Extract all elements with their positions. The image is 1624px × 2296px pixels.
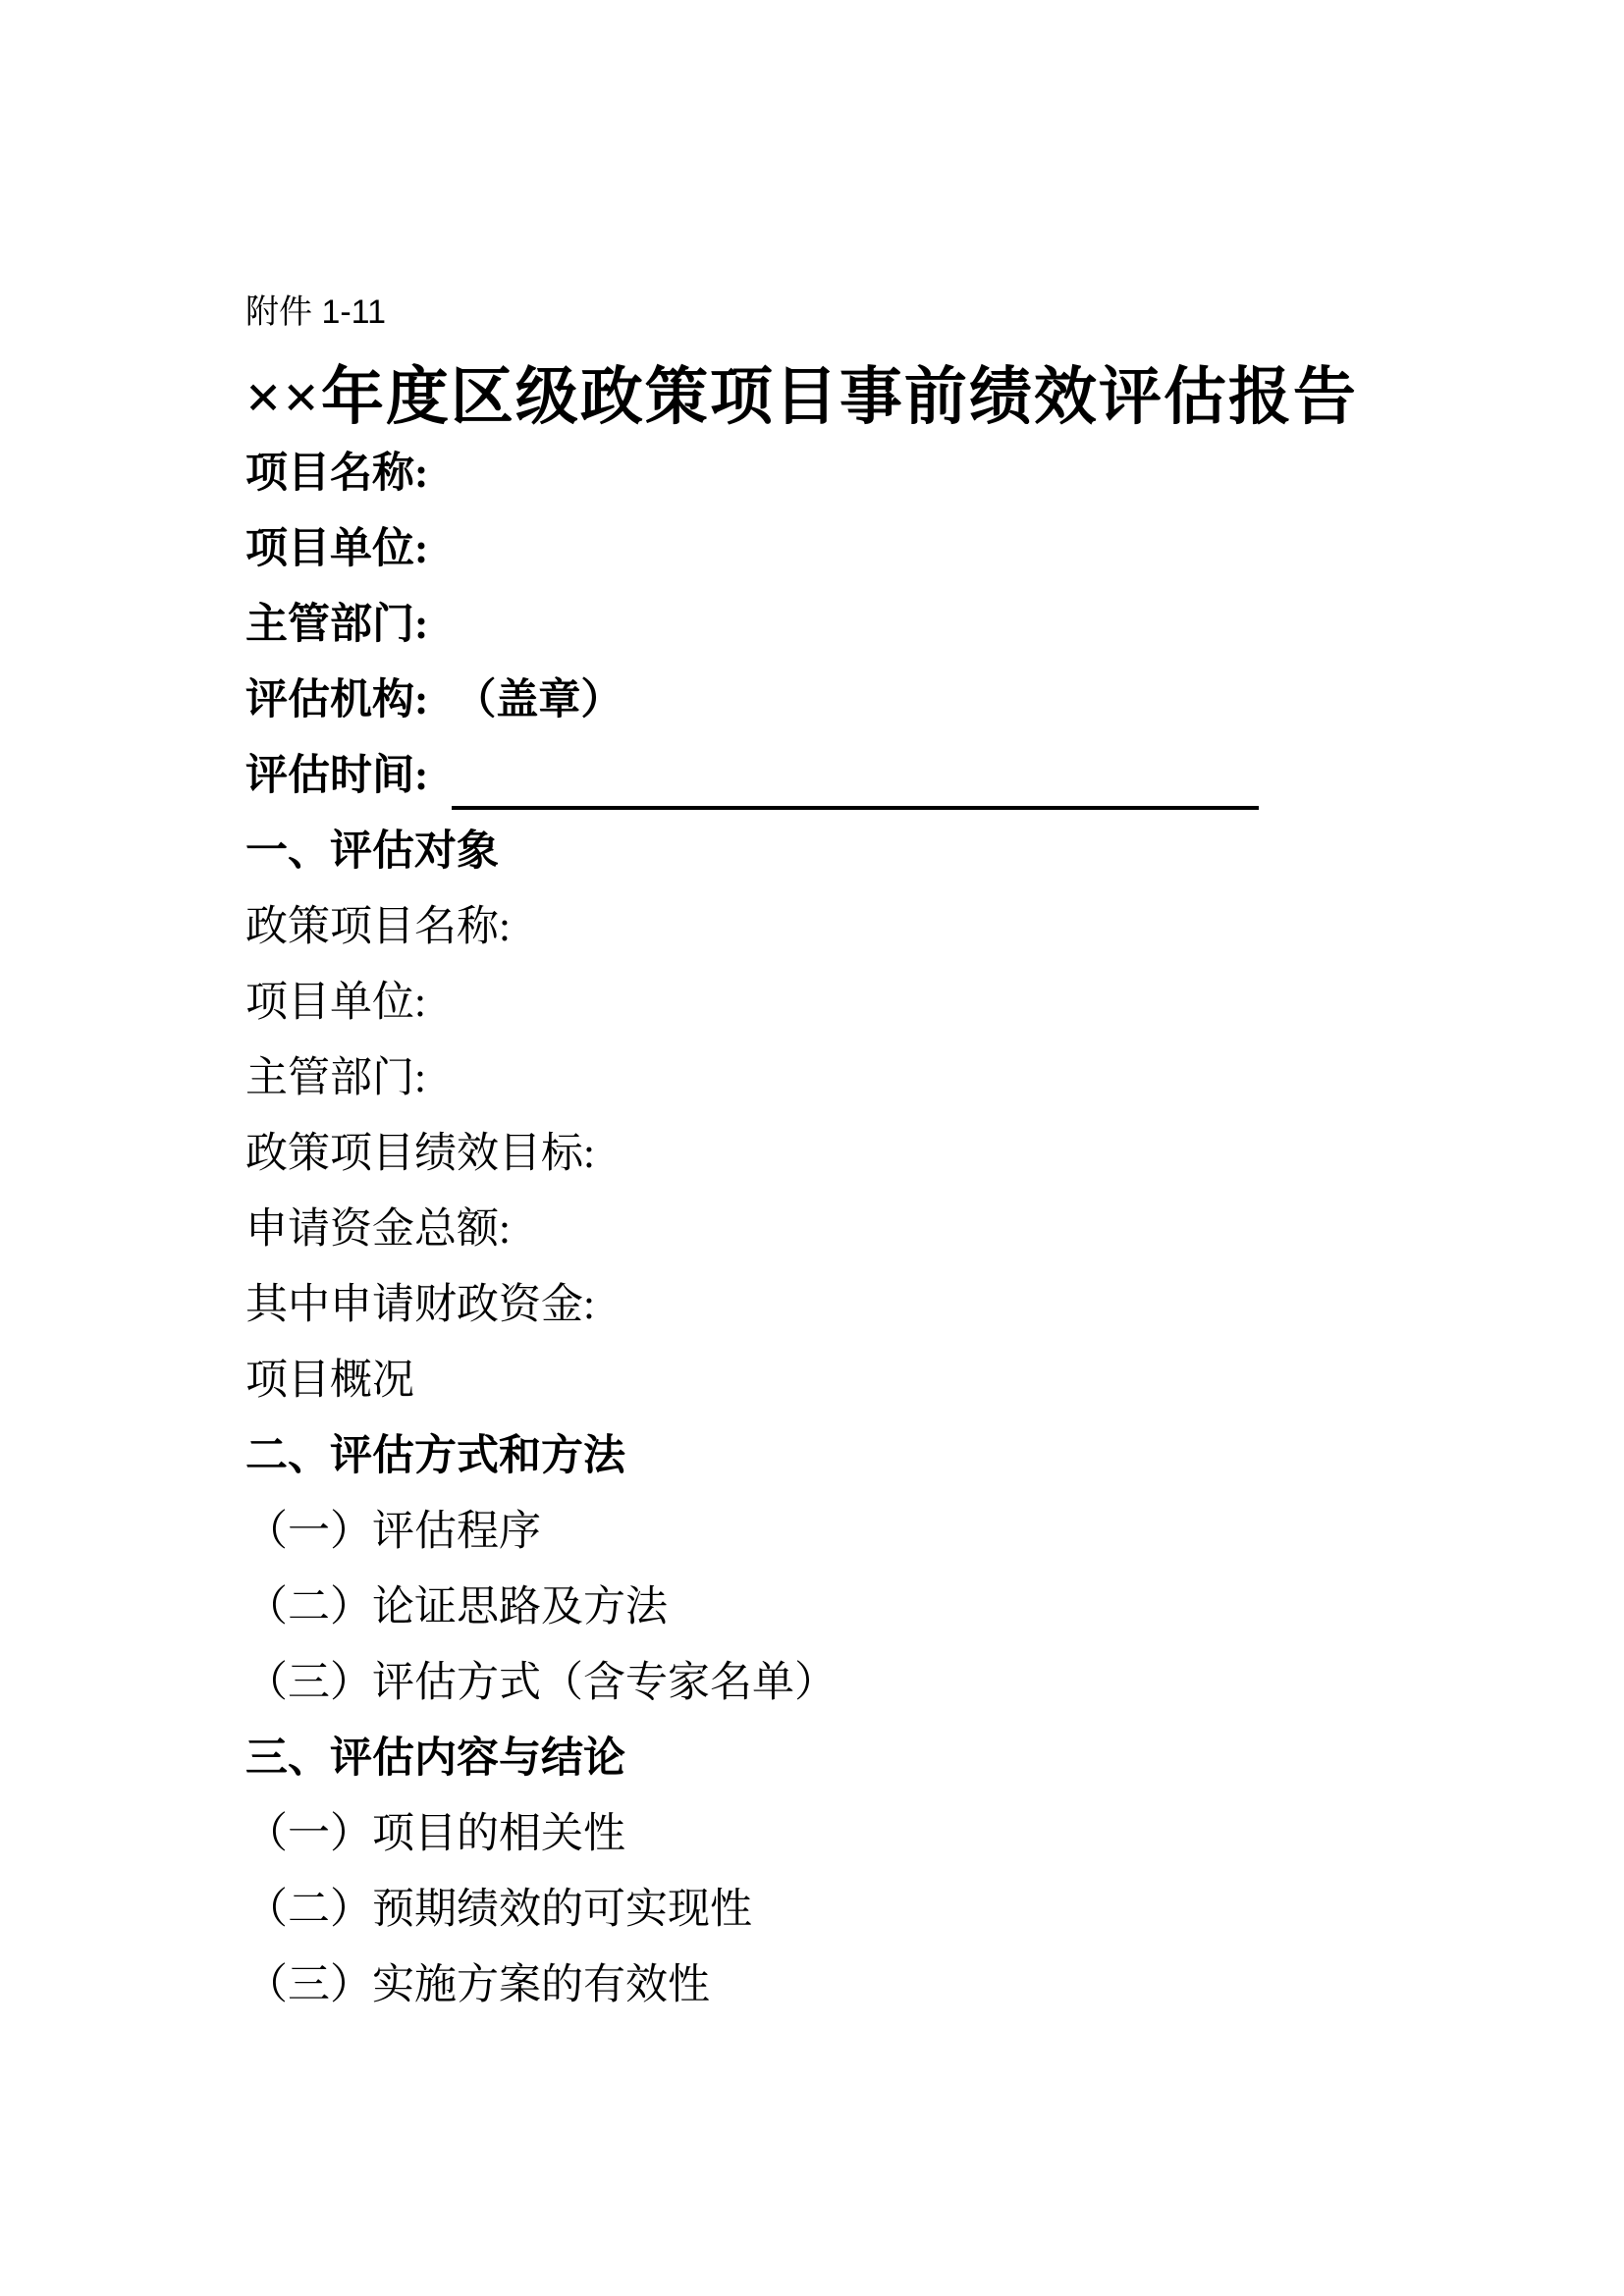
performance-target-line: 政策项目绩效目标: [245, 1133, 595, 1175]
project-relevance-line: （一）项目的相关性 [245, 1813, 625, 1855]
field-row-evaluation-agency: 评估机构: （盖章） [245, 663, 1394, 738]
field-row-project-unit: 项目单位: [245, 511, 1394, 587]
section-heading-evaluation-content: 三、评估内容与结论 [245, 1721, 1394, 1796]
evaluation-agency-label: 评估机构: [245, 679, 428, 721]
body-line: （一）评估程序 [245, 1494, 1394, 1570]
document-content: 附件 1-11 ××年度区级政策项目事前绩效评估报告 项目名称: 项目单位: 主… [245, 294, 1394, 2023]
body-line: （一）项目的相关性 [245, 1796, 1394, 1872]
section-heading-evaluation-method: 二、评估方式和方法 [245, 1418, 1394, 1494]
supervisor-department-label: 主管部门: [245, 604, 428, 646]
evaluation-agency-seal-note: （盖章） [454, 679, 623, 721]
body-line: 项目概况 [245, 1343, 1394, 1418]
body-line: （二）预期绩效的可实现性 [245, 1872, 1394, 1948]
expected-performance-line: （二）预期绩效的可实现性 [245, 1889, 752, 1931]
section-1-heading: 一、评估对象 [245, 830, 499, 873]
document-page: 附件 1-11 ××年度区级政策项目事前绩效评估报告 项目名称: 项目单位: 主… [0, 0, 1624, 2296]
project-unit-label: 项目单位: [245, 528, 428, 570]
requested-fiscal-funds-line: 其中申请财政资金: [245, 1284, 595, 1326]
section-3-heading: 三、评估内容与结论 [245, 1737, 625, 1780]
evaluation-mode-line: （三）评估方式（含专家名单） [245, 1662, 837, 1704]
document-title: ××年度区级政策项目事前绩效评估报告 [245, 359, 1394, 436]
body-line: 项目单位: [245, 965, 1394, 1041]
field-row-supervisor-department: 主管部门: [245, 587, 1394, 663]
project-name-label: 项目名称: [245, 453, 428, 495]
body-line: 其中申请财政资金: [245, 1267, 1394, 1343]
evaluation-time-fill-line [452, 806, 1259, 810]
body-line: （三）评估方式（含专家名单） [245, 1645, 1394, 1721]
section-2-heading: 二、评估方式和方法 [245, 1435, 625, 1477]
body-line: （二）论证思路及方法 [245, 1570, 1394, 1645]
implementation-effectiveness-line: （三）实施方案的有效性 [245, 1964, 710, 2006]
policy-project-name-line: 政策项目名称: [245, 906, 511, 948]
evaluation-procedure-line: （一）评估程序 [245, 1511, 541, 1553]
body-line: 政策项目名称: [245, 889, 1394, 965]
body-line: （三）实施方案的有效性 [245, 1948, 1394, 2023]
body-line: 主管部门: [245, 1041, 1394, 1116]
body-line: 政策项目绩效目标: [245, 1116, 1394, 1192]
evaluation-time-label: 评估时间: [245, 755, 428, 797]
project-unit-line: 项目单位: [245, 982, 426, 1024]
attachment-label: 附件 1-11 [245, 294, 1394, 330]
section-heading-evaluation-object: 一、评估对象 [245, 814, 1394, 889]
field-row-evaluation-time: 评估时间: [245, 738, 1394, 814]
requested-total-funds-line: 申请资金总额: [245, 1208, 511, 1251]
supervisor-department-line: 主管部门: [245, 1057, 426, 1099]
argumentation-method-line: （二）论证思路及方法 [245, 1586, 668, 1629]
field-row-project-name: 项目名称: [245, 436, 1394, 511]
project-overview-line: 项目概况 [245, 1360, 414, 1402]
body-line: 申请资金总额: [245, 1192, 1394, 1267]
